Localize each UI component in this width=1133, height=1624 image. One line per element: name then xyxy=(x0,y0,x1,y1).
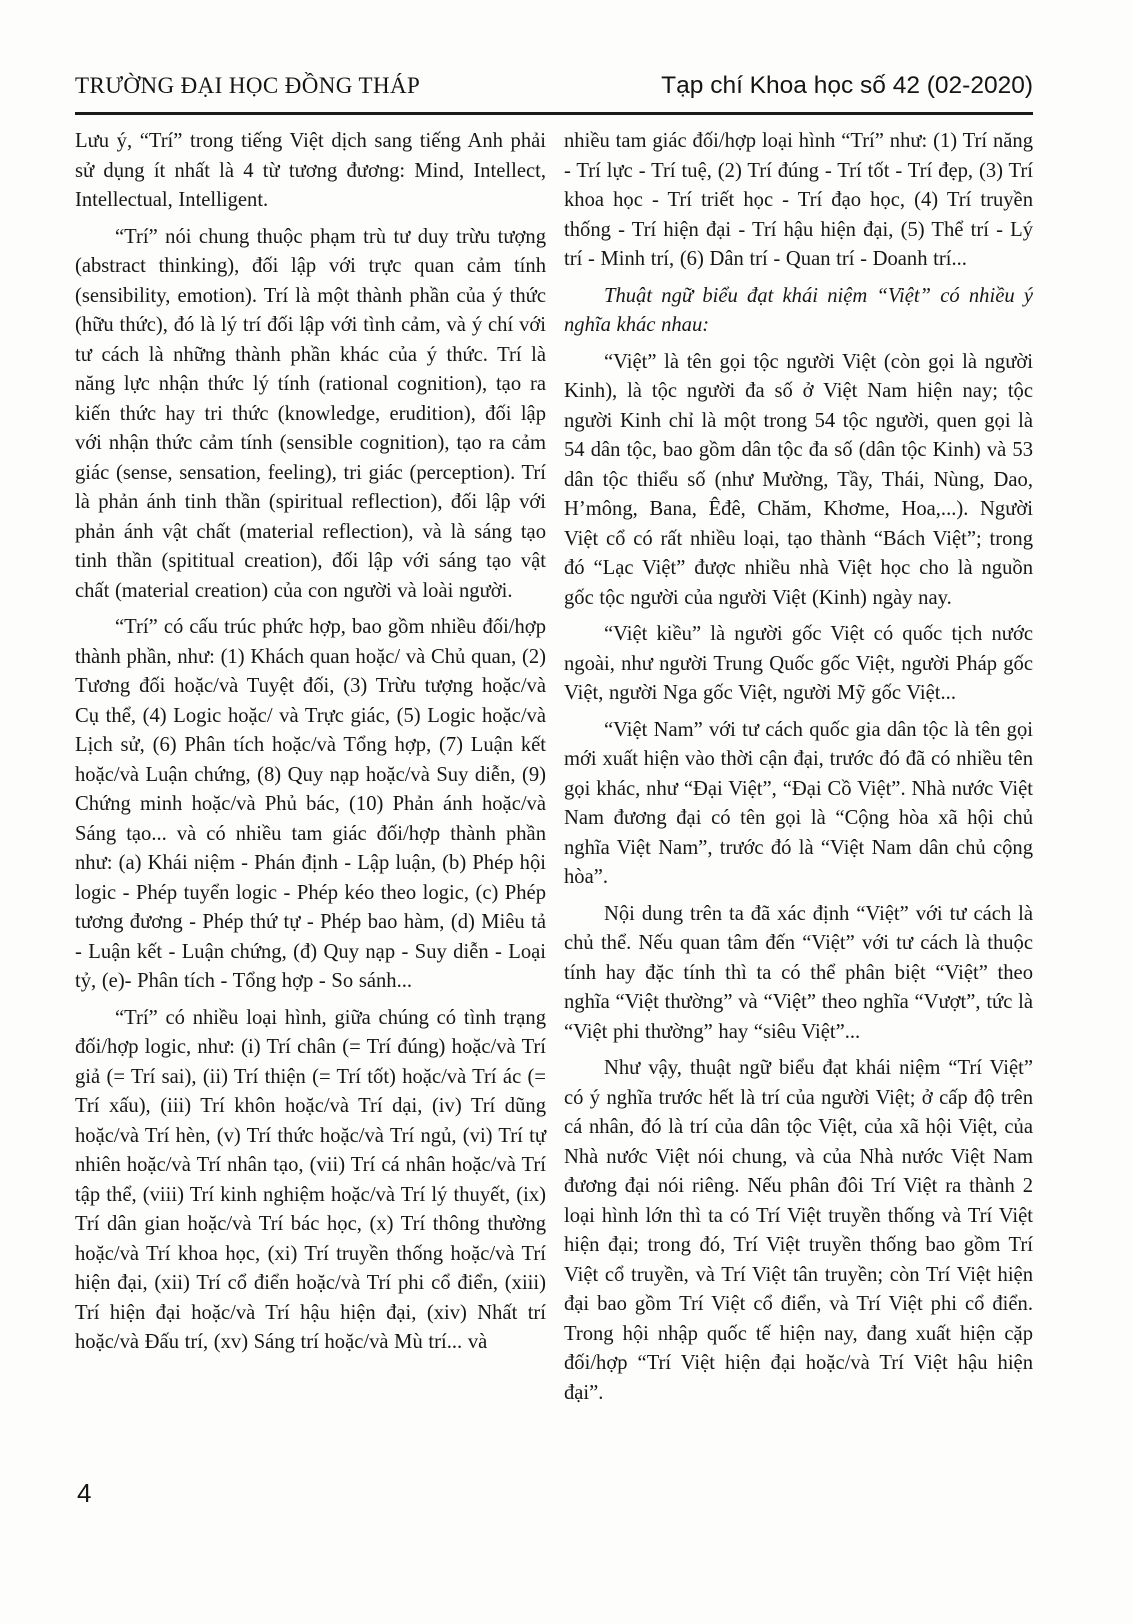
paragraph: “Việt kiều” là người gốc Việt có quốc tị… xyxy=(564,620,1033,709)
paragraph: Như vậy, thuật ngữ biểu đạt khái niệm “T… xyxy=(564,1054,1033,1408)
right-column: nhiều tam giác đối/hợp loại hình “Trí” n… xyxy=(564,127,1033,1415)
paragraph: “Trí” có cấu trúc phức hợp, bao gồm nhiề… xyxy=(75,613,546,997)
paragraph: “Việt” là tên gọi tộc người Việt (còn gọ… xyxy=(564,348,1033,614)
journal-page: TRƯỜNG ĐẠI HỌC ĐỒNG THÁP Tạp chí Khoa họ… xyxy=(0,0,1133,1624)
paragraph: “Việt Nam” với tư cách quốc gia dân tộc … xyxy=(564,716,1033,893)
page-header: TRƯỜNG ĐẠI HỌC ĐỒNG THÁP Tạp chí Khoa họ… xyxy=(75,72,1033,100)
paragraph: “Trí” có nhiều loại hình, giữa chúng có … xyxy=(75,1004,546,1358)
paragraph: nhiều tam giác đối/hợp loại hình “Trí” n… xyxy=(564,127,1033,275)
paragraph: Thuật ngữ biểu đạt khái niệm “Việt” có n… xyxy=(564,282,1033,341)
left-column: Lưu ý, “Trí” trong tiếng Việt dịch sang … xyxy=(75,127,546,1365)
institution-name: TRƯỜNG ĐẠI HỌC ĐỒNG THÁP xyxy=(75,73,420,99)
paragraph: “Trí” nói chung thuộc phạm trù tư duy tr… xyxy=(75,223,546,607)
paragraph: Lưu ý, “Trí” trong tiếng Việt dịch sang … xyxy=(75,127,546,216)
journal-issue: Tạp chí Khoa học số 42 (02-2020) xyxy=(661,72,1033,100)
page-number: 4 xyxy=(77,1478,91,1509)
paragraph: Nội dung trên ta đã xác định “Việt” với … xyxy=(564,900,1033,1048)
header-divider xyxy=(75,112,1033,115)
